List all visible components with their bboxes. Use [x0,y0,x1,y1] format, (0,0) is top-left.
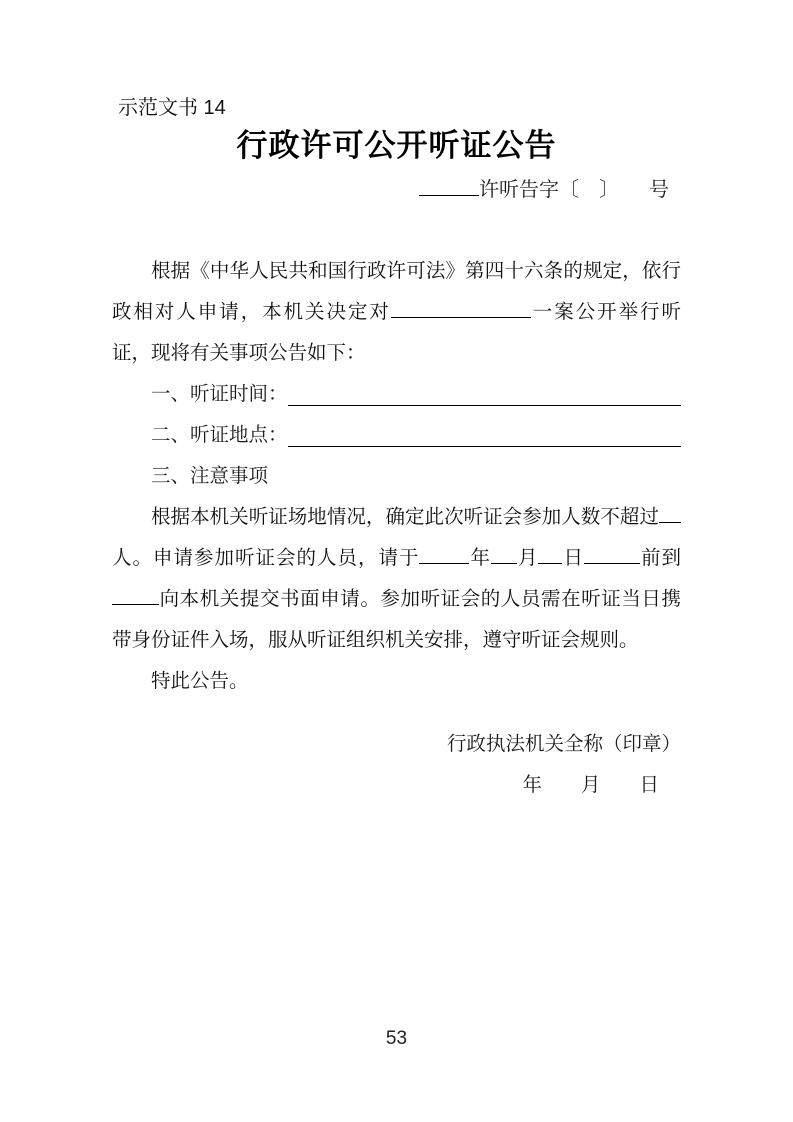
day-blank [538,545,562,565]
document-page: 示范文书 14 行政许可公开听证公告 许听告字〔 〕 号 根据《中华人民共和国行… [0,0,793,1122]
notes-text-7: 向本机关提交书面申请。参加听证会的人员需在听证当日携带身份证件入场，服从听证组织… [112,589,681,651]
hearing-location-item: 二、听证地点： [112,415,681,456]
doc-number-text: 许听告字〔 〕 号 [479,179,669,201]
submit-place-blank [112,586,159,606]
page-number: 53 [0,1028,793,1050]
notes-label: 三、注意事项 [151,456,268,497]
doc-number-blank [419,176,479,196]
doc-title: 行政许可公开听证公告 [112,126,681,166]
signature-block: 行政执法机关全称（印章） 年 月 日 [112,724,681,806]
attendee-limit-blank [659,504,681,524]
notes-text-3: 年 [469,548,491,569]
signature-org-name: 行政执法机关全称（印章） [112,724,681,765]
notes-text-6: 前到 [640,548,681,569]
hearing-time-blank [288,374,681,406]
closing-paragraph: 特此公告。 [112,661,681,702]
signature-date-line: 年 月 日 [112,765,681,806]
doc-series-label: 示范文书 14 [118,96,681,120]
hearing-time-label: 一、听证时间： [151,374,288,415]
hearing-location-blank [288,415,681,447]
hearing-time-item: 一、听证时间： [112,374,681,415]
month-blank [491,545,517,565]
notes-paragraph: 根据本机关听证场地情况，确定此次听证会参加人数不超过人。申请参加听证会的人员，请… [112,497,681,661]
doc-number-line: 许听告字〔 〕 号 [112,176,681,203]
year-blank [419,545,469,565]
deadline-time-blank [584,545,640,565]
notes-text-1: 根据本机关听证场地情况，确定此次听证会参加人数不超过 [151,507,659,528]
notes-text-2: 人。申请参加听证会的人员，请于 [112,548,419,569]
hearing-location-label: 二、听证地点： [151,415,288,456]
notes-text-5: 日 [562,548,584,569]
case-name-blank [391,299,531,319]
notes-text-4: 月 [517,548,539,569]
notes-item: 三、注意事项 [112,456,681,497]
intro-paragraph: 根据《中华人民共和国行政许可法》第四十六条的规定，依行政相对人申请，本机关决定对… [112,251,681,374]
